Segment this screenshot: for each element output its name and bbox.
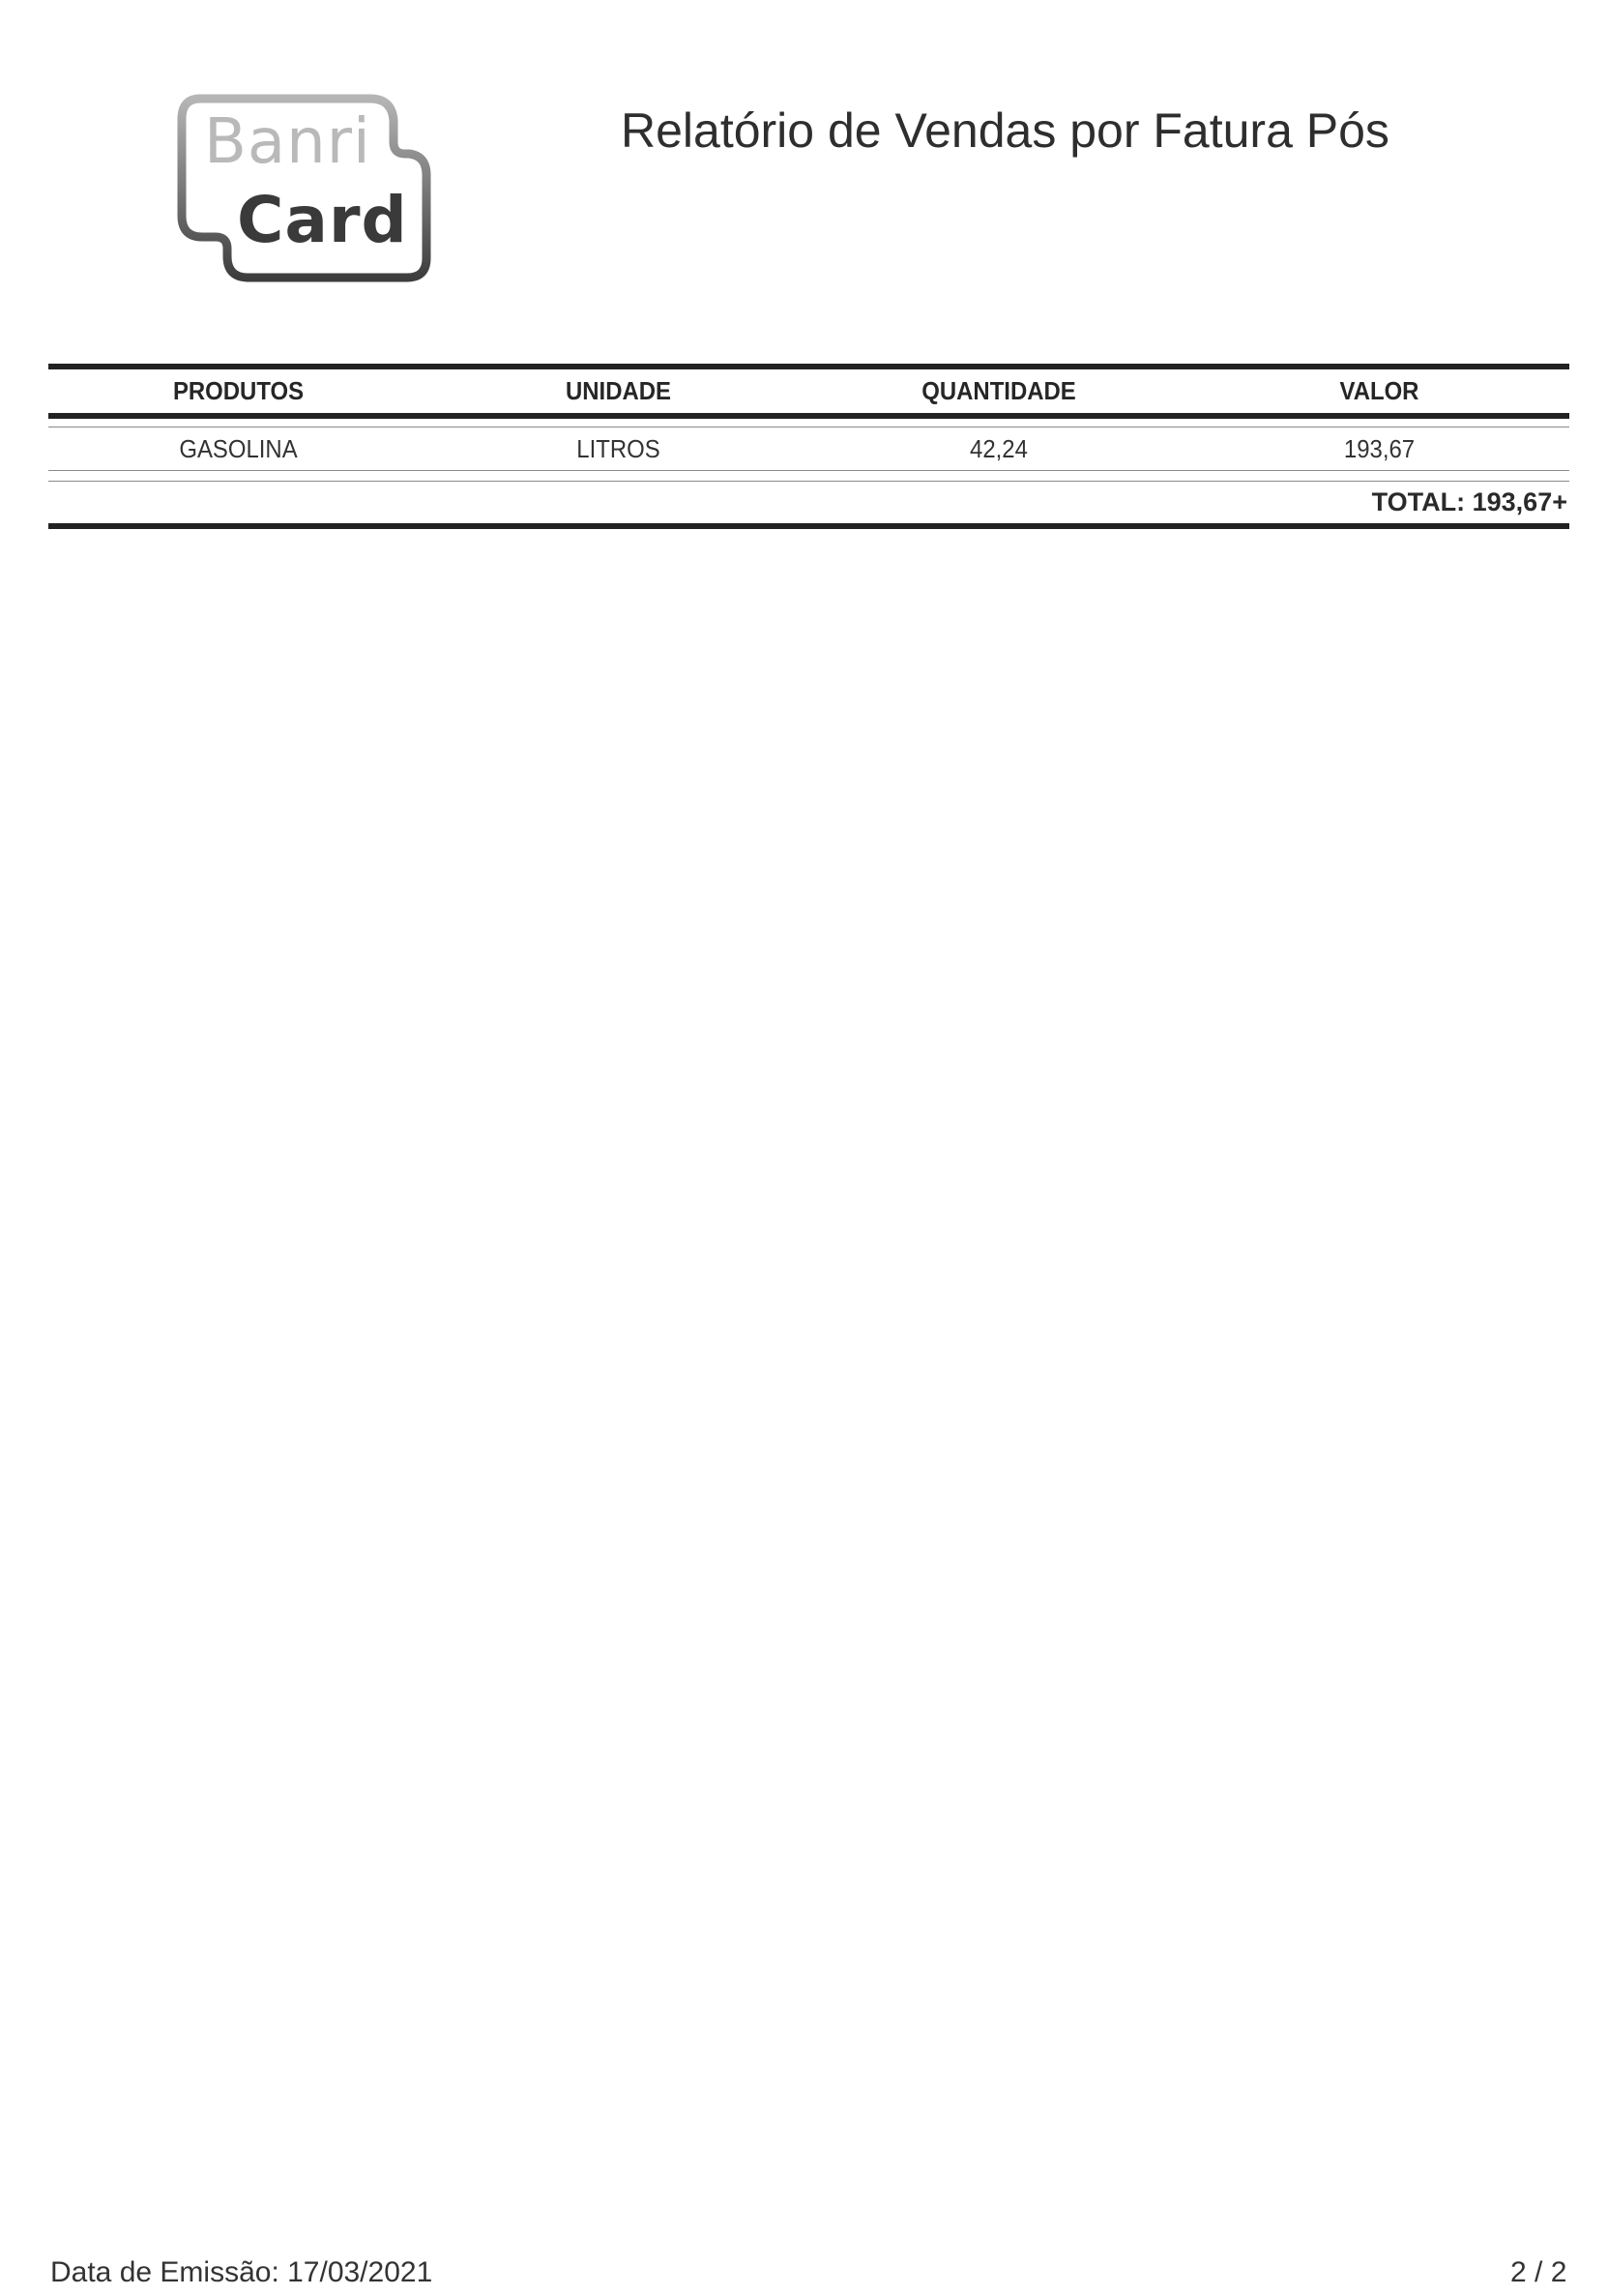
table-bottom-rule xyxy=(48,523,1569,529)
total-value: TOTAL: 193,67+ xyxy=(1372,487,1567,517)
table-row: GASOLINA LITROS 42,24 193,67 xyxy=(48,427,1569,470)
column-header-produtos: PRODUTOS xyxy=(64,376,414,406)
column-header-quantidade: QUANTIDADE xyxy=(824,376,1174,406)
cell-produto: GASOLINA xyxy=(64,434,414,464)
table-header-row: PRODUTOS UNIDADE QUANTIDADE VALOR xyxy=(48,369,1569,413)
logo-text-banri: Banri xyxy=(204,111,371,173)
logo-text-card: Card xyxy=(237,189,408,252)
sales-table: PRODUTOS UNIDADE QUANTIDADE VALOR GASOLI… xyxy=(48,364,1569,529)
emission-date: Data de Emissão: 17/03/2021 xyxy=(50,2256,432,2289)
banricard-logo: Banri Card xyxy=(177,94,432,284)
cell-valor: 193,67 xyxy=(1205,434,1555,464)
page-number: 2 / 2 xyxy=(1510,2256,1566,2289)
column-header-unidade: UNIDADE xyxy=(444,376,794,406)
total-row: TOTAL: 193,67+ xyxy=(48,482,1569,523)
report-title: Relatório de Vendas por Fatura Pós xyxy=(621,104,1389,158)
column-header-valor: VALOR xyxy=(1205,376,1555,406)
cell-quantidade: 42,24 xyxy=(824,434,1174,464)
cell-unidade: LITROS xyxy=(444,434,794,464)
